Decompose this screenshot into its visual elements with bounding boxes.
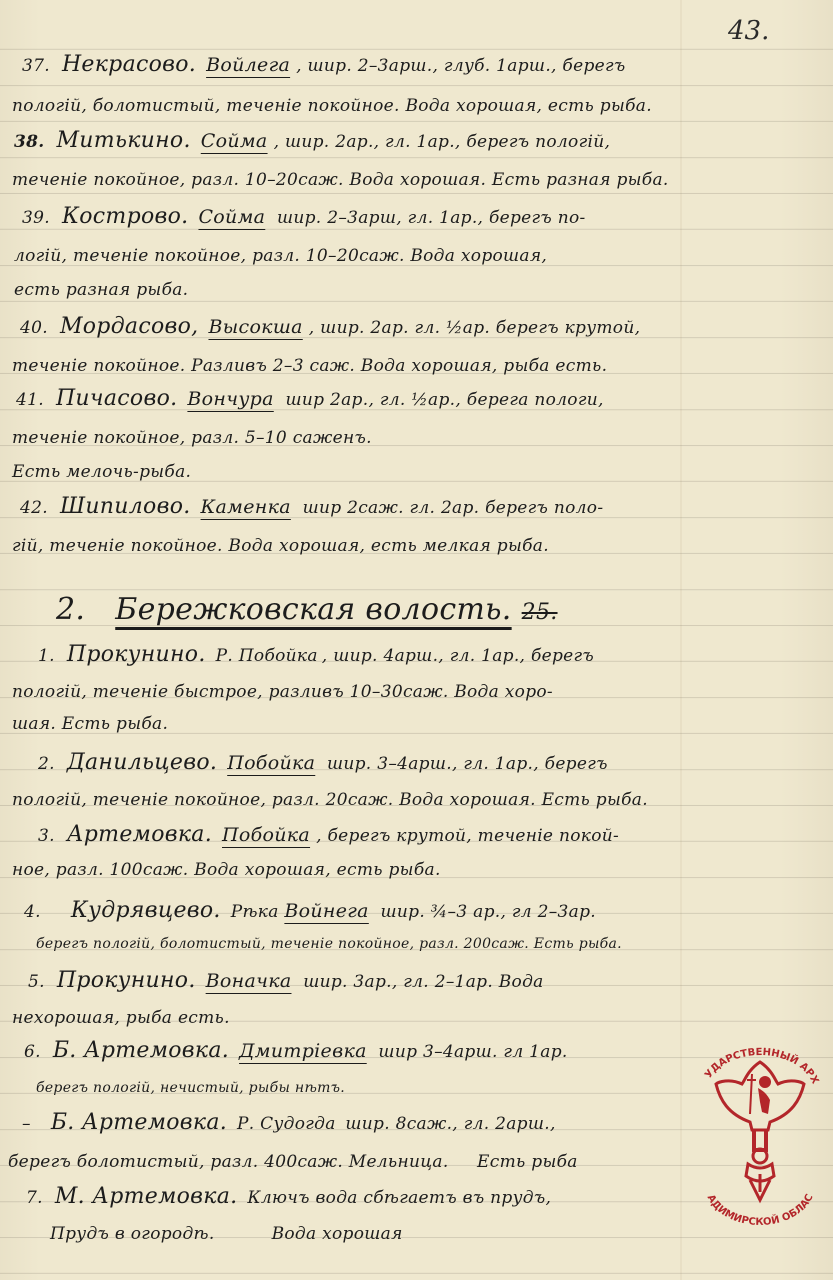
entry-number: 39. — [22, 208, 50, 228]
entry-42-line-2: гій, теченіе покойное. Вода хорошая, ест… — [12, 536, 549, 556]
place-name: Мордасово, — [60, 314, 199, 339]
entry-b2-line-2: пологій, теченіе покойное, разл. 20саж. … — [12, 790, 648, 810]
place-name: Артемовка. — [67, 822, 212, 847]
entry-40-line-1: 40.Мордасово,Высокша, шир. 2ар. гл. ½ар.… — [20, 314, 640, 339]
entry-b1-line-2: пологій, теченіе быстрое, разливъ 10–30с… — [12, 682, 553, 702]
place-name: Пичасово. — [56, 386, 177, 411]
entry-39-line-3: есть разная рыба. — [14, 280, 188, 300]
river-name: Р. Судогда — [237, 1114, 336, 1134]
entry-number: – — [22, 1114, 31, 1134]
entry-text: шир. 3–4арш., гл. 1ар., берегъ — [321, 754, 607, 774]
place-name: М. Артемовка. — [55, 1184, 238, 1209]
entry-b7-line-2: Прудъ в огородѣ. Вода хорошая — [50, 1224, 403, 1244]
entry-text: шир. 8саж., гл. 2арш., — [340, 1114, 556, 1134]
entry-b6-line-2: берегъ пологій, нечистый, рыбы нѣтъ. — [36, 1080, 345, 1096]
entry-b6b-line-2: берегъ болотистый, разл. 400саж. Мельниц… — [8, 1152, 578, 1172]
entry-38-line-1: 38.Митькино.Сойма, шир. 2ар., гл. 1ар., … — [14, 128, 610, 153]
river-name: Ключъ — [247, 1188, 309, 1208]
page-fold — [680, 0, 682, 1280]
entry-text: , берегъ крутой, теченіе покой- — [316, 826, 619, 846]
entry-number: 38. — [14, 132, 44, 152]
river-name: Каменка — [201, 496, 291, 518]
entry-41-line-1: 41.Пичасово.Вончура шир 2ар., гл. ½ар., … — [16, 386, 604, 411]
place-name: Кудрявцево. — [71, 898, 221, 923]
entry-b4-line-1: 4.Кудрявцево.Рѣка Войнега шир. ¾–3 ар., … — [24, 898, 596, 923]
archive-emblem-lion-icon: ГОСУДАРСТВЕННЫЙ АРХИВ ВЛАДИМИРСКОЙ ОБЛАС… — [690, 1040, 830, 1240]
entry-number: 37. — [22, 56, 50, 76]
entry-text: шир. 2–3арш, гл. 1ар., берегъ по- — [271, 208, 585, 228]
river-name: Войнега — [284, 900, 368, 922]
entry-text: вода сбѣгаетъ въ прудъ, — [310, 1188, 551, 1208]
entry-b3-line-2: ное, разл. 100саж. Вода хорошая, есть ры… — [12, 860, 441, 880]
place-name: Б. Артемовка. — [53, 1038, 229, 1063]
entry-number: 1. — [38, 646, 55, 666]
entry-text: , шир. 2–3арш., глуб. 1арш., берегъ — [296, 56, 625, 76]
entry-text: шир 2ар., гл. ½ар., берега пологи, — [280, 390, 604, 410]
entry-38-line-2: теченіе покойное, разл. 10–20саж. Вода х… — [12, 170, 669, 190]
entry-number: 42. — [20, 498, 48, 518]
river-prefix: Рѣка — [231, 902, 285, 922]
place-name: Прокунино. — [57, 968, 196, 993]
entry-b4-line-2: берегъ пологій, болотистый, теченіе поко… — [36, 936, 622, 952]
entry-text: , шир. 2ар., гл. 1ар., берегъ пологій, — [274, 132, 611, 152]
entry-b5-line-2: нехорошая, рыба есть. — [12, 1008, 230, 1028]
river-name: Дмитріевка — [239, 1040, 367, 1062]
river-name: Р. Побойка — [216, 646, 318, 666]
entry-b3-line-1: 3.Артемовка.Побойка, берегъ крутой, тече… — [38, 822, 619, 847]
entry-39-line-1: 39.Кострово.Сойма шир. 2–3арш, гл. 1ар.,… — [22, 204, 586, 229]
entry-b1-line-3: шая. Есть рыба. — [12, 714, 168, 734]
place-name: Шипилово. — [60, 494, 191, 519]
river-name: Побойка — [227, 752, 315, 774]
entry-b6-line-1: 6.Б. Артемовка.Дмитріевка шир 3–4арш. гл… — [24, 1038, 568, 1063]
entry-number: 3. — [38, 826, 55, 846]
place-name: Данильцево. — [67, 750, 217, 775]
entry-41-line-3: Есть мелочь-рыба. — [12, 462, 191, 482]
entry-number: 2. — [38, 754, 55, 774]
entry-b6b-line-1: –Б. Артемовка.Р. Судогда шир. 8саж., гл.… — [22, 1110, 556, 1135]
section-title: Бережковская волость. — [115, 592, 511, 627]
entry-text: шир 2саж. гл. 2ар. берегъ поло- — [297, 498, 604, 518]
place-name: Некрасово. — [62, 52, 196, 77]
river-name: Побойка — [222, 824, 310, 846]
entry-text: шир. ¾–3 ар., гл 2–3ар. — [375, 902, 596, 922]
river-name: Воначка — [206, 970, 292, 992]
river-name: Сойма — [201, 130, 268, 152]
river-name: Сойма — [198, 206, 265, 228]
archive-stamp: ГОСУДАРСТВЕННЫЙ АРХИВ ВЛАДИМИРСКОЙ ОБЛАС… — [690, 1040, 830, 1240]
entry-number: 41. — [16, 390, 44, 410]
entry-text: , шир. 4арш., гл. 1ар., берегъ — [322, 646, 594, 666]
river-name: Высокша — [208, 316, 302, 338]
entry-37-line-1: 37.Некрасово.Войлега, шир. 2–3арш., глуб… — [22, 52, 626, 77]
struck-number: 25. — [522, 600, 558, 625]
entry-b2-line-1: 2.Данильцево.Побойка шир. 3–4арш., гл. 1… — [38, 750, 608, 775]
place-name: Кострово. — [62, 204, 189, 229]
entry-number: 40. — [20, 318, 48, 338]
section-heading: 2.Бережковская волость.25. — [56, 592, 558, 627]
entry-number: 4. — [24, 902, 41, 922]
river-name: Войлега — [206, 54, 290, 76]
entry-42-line-1: 42.Шипилово.Каменка шир 2саж. гл. 2ар. б… — [20, 494, 603, 519]
entry-number: 5. — [28, 972, 45, 992]
entry-b1-line-1: 1.Прокунино.Р. Побойка, шир. 4арш., гл. … — [38, 642, 594, 667]
entry-number: 6. — [24, 1042, 41, 1062]
entry-37-line-2: пологій, болотистый, теченіе покойное. В… — [12, 96, 652, 116]
page-number: 43. — [728, 16, 769, 46]
entry-41-line-2: теченіе покойное, разл. 5–10 саженъ. — [12, 428, 372, 448]
section-number: 2. — [56, 592, 85, 627]
manuscript-page: 43. 37.Некрасово.Войлега, шир. 2–3арш., … — [0, 0, 833, 1280]
entry-text: шир 3–4арш. гл 1ар. — [373, 1042, 568, 1062]
entry-number: 7. — [26, 1188, 43, 1208]
place-name: Прокунино. — [67, 642, 206, 667]
place-name: Митькино. — [56, 128, 190, 153]
entry-39-line-2: логій, теченіе покойное, разл. 10–20саж.… — [14, 246, 547, 266]
entry-text: , шир. 2ар. гл. ½ар. берегъ крутой, — [309, 318, 641, 338]
place-name: Б. Артемовка. — [51, 1110, 227, 1135]
entry-text: шир. 3ар., гл. 2–1ар. Вода — [297, 972, 543, 992]
entry-40-line-2: теченіе покойное. Разливъ 2–3 саж. Вода … — [12, 356, 607, 376]
river-name: Вончура — [187, 388, 273, 410]
entry-b5-line-1: 5.Прокунино.Воначка шир. 3ар., гл. 2–1ар… — [28, 968, 544, 993]
entry-b7-line-1: 7.М. Артемовка.Ключъ вода сбѣгаетъ въ пр… — [26, 1184, 551, 1209]
